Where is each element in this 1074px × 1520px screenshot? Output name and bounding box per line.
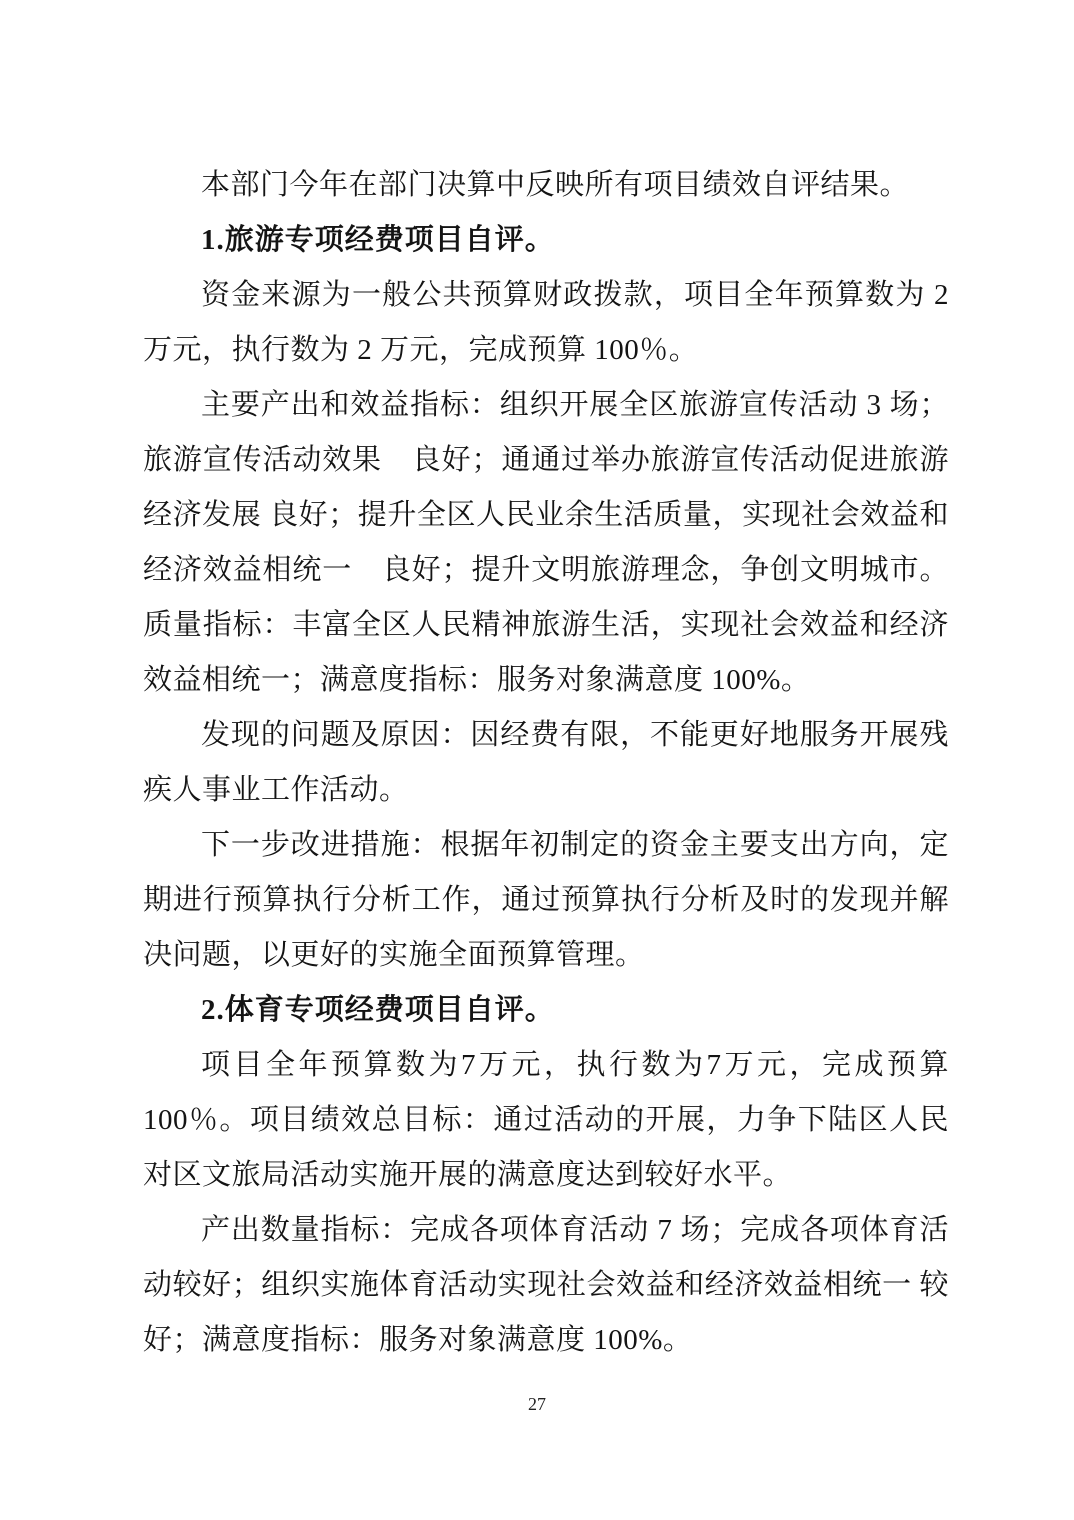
document-page: 本部门今年在部门决算中反映所有项目绩效自评结果。1.旅游专项经费项目自评。资金来… (0, 0, 1074, 1520)
section-heading: 2.体育专项经费项目自评。 (143, 983, 949, 1038)
paragraph: 本部门今年在部门决算中反映所有项目绩效自评结果。 (143, 158, 949, 213)
paragraph: 下一步改进措施：根据年初制定的资金主要支出方向，定期进行预算执行分析工作，通过预… (143, 818, 949, 983)
paragraph: 发现的问题及原因：因经费有限，不能更好地服务开展残疾人事业工作活动。 (143, 708, 949, 818)
document-body: 本部门今年在部门决算中反映所有项目绩效自评结果。1.旅游专项经费项目自评。资金来… (143, 158, 949, 1368)
page-footer: 27 (0, 1390, 1074, 1418)
section-heading: 1.旅游专项经费项目自评。 (143, 213, 949, 268)
paragraph: 产出数量指标：完成各项体育活动 7 场；完成各项体育活动较好；组织实施体育活动实… (143, 1203, 949, 1368)
page-number: 27 (528, 1394, 546, 1414)
paragraph: 主要产出和效益指标：组织开展全区旅游宣传活动 3 场；旅游宣传活动效果 良好；通… (143, 378, 949, 708)
paragraph: 项目全年预算数为7万元，执行数为7万元，完成预算100％。项目绩效总目标：通过活… (143, 1038, 949, 1203)
paragraph: 资金来源为一般公共预算财政拨款，项目全年预算数为 2 万元，执行数为 2 万元，… (143, 268, 949, 378)
